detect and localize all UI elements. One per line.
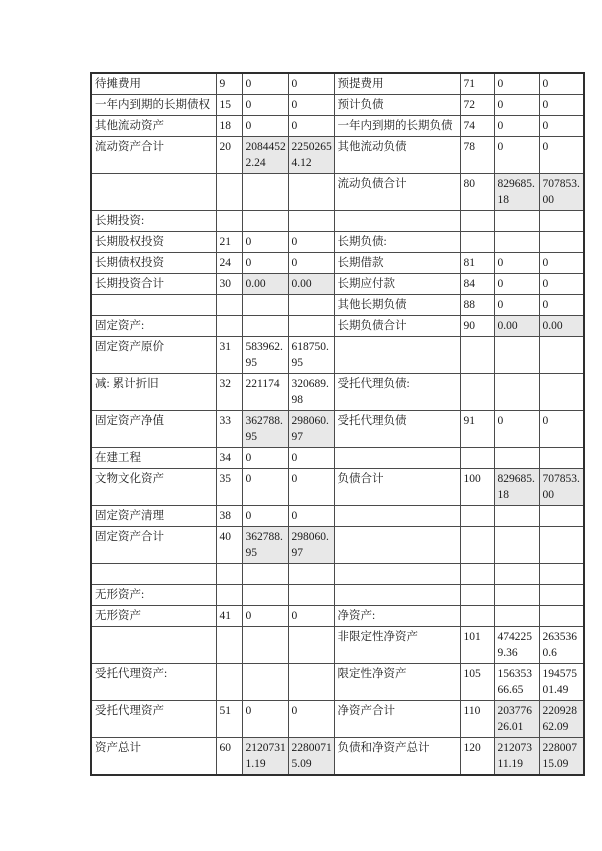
table-row: 减: 累计折旧32221174320689.98受托代理负债: (91, 374, 584, 411)
left-value-begin-cell: 0 (242, 469, 288, 506)
left-line-no-cell: 60 (216, 738, 242, 776)
left-value-end-cell (288, 564, 334, 585)
right-item-cell: 非限定性净资产 (334, 627, 460, 664)
left-value-begin-cell: 0.00 (242, 274, 288, 295)
left-item-cell: 受托代理资产 (91, 701, 216, 738)
right-value-begin-cell (494, 564, 539, 585)
table-row: 流动负债合计80829685.18707853.00 (91, 174, 584, 211)
right-value-end-cell: 0 (539, 253, 584, 274)
left-value-end-cell (288, 664, 334, 701)
right-value-begin-cell (494, 506, 539, 527)
left-value-begin-cell (242, 664, 288, 701)
right-value-end-cell: 0.00 (539, 316, 584, 337)
right-line-no-cell (460, 506, 494, 527)
right-line-no-cell: 71 (460, 73, 494, 95)
table-row (91, 564, 584, 585)
right-value-begin-cell (494, 527, 539, 564)
left-value-end-cell: 0 (288, 73, 334, 95)
left-line-no-cell: 51 (216, 701, 242, 738)
left-line-no-cell: 20 (216, 137, 242, 174)
left-item-cell: 固定资产原价 (91, 337, 216, 374)
right-value-begin-cell: 0 (494, 274, 539, 295)
left-item-cell: 长期股权投资 (91, 232, 216, 253)
right-value-begin-cell (494, 337, 539, 374)
table-row: 受托代理资产5100净资产合计11020377626.0122092862.09 (91, 701, 584, 738)
left-value-begin-cell: 0 (242, 448, 288, 469)
left-value-begin-cell (242, 174, 288, 211)
right-value-begin-cell: 4742259.36 (494, 627, 539, 664)
right-value-begin-cell: 20377626.01 (494, 701, 539, 738)
right-item-cell (334, 527, 460, 564)
left-value-end-cell: 0 (288, 95, 334, 116)
right-item-cell: 净资产合计 (334, 701, 460, 738)
right-item-cell: 负债和净资产总计 (334, 738, 460, 776)
right-line-no-cell: 120 (460, 738, 494, 776)
table-row: 其他流动资产1800一年内到期的长期负债7400 (91, 116, 584, 137)
right-line-no-cell (460, 374, 494, 411)
left-value-begin-cell: 21207311.19 (242, 738, 288, 776)
right-line-no-cell (460, 337, 494, 374)
left-value-end-cell: 0 (288, 448, 334, 469)
right-value-end-cell: 0 (539, 95, 584, 116)
left-item-cell: 固定资产: (91, 316, 216, 337)
right-value-begin-cell: 0 (494, 411, 539, 448)
left-value-end-cell: 0 (288, 253, 334, 274)
left-value-end-cell: 0 (288, 232, 334, 253)
right-item-cell: 限定性净资产 (334, 664, 460, 701)
left-item-cell: 长期投资合计 (91, 274, 216, 295)
right-line-no-cell: 91 (460, 411, 494, 448)
right-item-cell (334, 211, 460, 232)
left-item-cell: 减: 累计折旧 (91, 374, 216, 411)
right-value-end-cell: 19457501.49 (539, 664, 584, 701)
left-value-end-cell: 0 (288, 701, 334, 738)
right-line-no-cell: 105 (460, 664, 494, 701)
left-line-no-cell (216, 174, 242, 211)
left-line-no-cell (216, 585, 242, 606)
left-value-end-cell (288, 316, 334, 337)
right-value-begin-cell (494, 211, 539, 232)
left-item-cell: 长期债权投资 (91, 253, 216, 274)
right-value-end-cell (539, 606, 584, 627)
balance-sheet-table: 待摊费用900预提费用7100一年内到期的长期债权1500预计负债7200其他流… (90, 72, 585, 776)
left-line-no-cell: 38 (216, 506, 242, 527)
left-line-no-cell: 34 (216, 448, 242, 469)
right-item-cell: 预提费用 (334, 73, 460, 95)
left-item-cell: 一年内到期的长期债权 (91, 95, 216, 116)
right-item-cell: 预计负债 (334, 95, 460, 116)
table-row: 长期股权投资2100长期负债: (91, 232, 584, 253)
left-item-cell: 固定资产合计 (91, 527, 216, 564)
right-item-cell (334, 585, 460, 606)
left-item-cell: 流动资产合计 (91, 137, 216, 174)
right-line-no-cell (460, 448, 494, 469)
left-line-no-cell (216, 627, 242, 664)
left-value-end-cell (288, 295, 334, 316)
right-value-end-cell: 0 (539, 137, 584, 174)
right-line-no-cell: 88 (460, 295, 494, 316)
right-item-cell: 一年内到期的长期负债 (334, 116, 460, 137)
left-line-no-cell: 30 (216, 274, 242, 295)
left-item-cell: 其他流动资产 (91, 116, 216, 137)
table-row: 其他长期负债8800 (91, 295, 584, 316)
right-item-cell: 其他流动负债 (334, 137, 460, 174)
left-value-begin-cell: 362788.95 (242, 411, 288, 448)
right-line-no-cell (460, 211, 494, 232)
right-item-cell (334, 564, 460, 585)
left-line-no-cell (216, 564, 242, 585)
left-value-begin-cell: 362788.95 (242, 527, 288, 564)
left-item-cell: 资产总计 (91, 738, 216, 776)
table-row: 固定资产净值33362788.95298060.97受托代理负债9100 (91, 411, 584, 448)
left-value-begin-cell (242, 564, 288, 585)
right-item-cell: 净资产: (334, 606, 460, 627)
left-value-begin-cell (242, 316, 288, 337)
right-line-no-cell (460, 585, 494, 606)
right-value-begin-cell: 0 (494, 116, 539, 137)
table-row: 受托代理资产:限定性净资产10515635366.6519457501.49 (91, 664, 584, 701)
right-item-cell (334, 337, 460, 374)
left-value-begin-cell: 20844522.24 (242, 137, 288, 174)
left-item-cell: 固定资产净值 (91, 411, 216, 448)
left-value-end-cell: 0.00 (288, 274, 334, 295)
right-line-no-cell: 90 (460, 316, 494, 337)
right-value-begin-cell: 0 (494, 253, 539, 274)
right-item-cell: 长期负债合计 (334, 316, 460, 337)
left-line-no-cell: 33 (216, 411, 242, 448)
left-value-begin-cell (242, 295, 288, 316)
right-item-cell: 负债合计 (334, 469, 460, 506)
left-line-no-cell: 32 (216, 374, 242, 411)
right-value-end-cell: 0 (539, 295, 584, 316)
right-value-end-cell: 2635360.6 (539, 627, 584, 664)
left-line-no-cell (216, 295, 242, 316)
left-line-no-cell: 15 (216, 95, 242, 116)
left-value-begin-cell: 0 (242, 73, 288, 95)
table-row: 待摊费用900预提费用7100 (91, 73, 584, 95)
left-item-cell: 固定资产清理 (91, 506, 216, 527)
right-line-no-cell: 100 (460, 469, 494, 506)
right-value-end-cell (539, 506, 584, 527)
right-value-end-cell: 0 (539, 73, 584, 95)
left-value-end-cell: 320689.98 (288, 374, 334, 411)
right-value-end-cell (539, 585, 584, 606)
right-value-begin-cell: 0.00 (494, 316, 539, 337)
left-item-cell (91, 295, 216, 316)
table-row: 流动资产合计2020844522.2422502654.12其他流动负债7800 (91, 137, 584, 174)
left-value-end-cell: 0 (288, 469, 334, 506)
left-value-begin-cell: 0 (242, 95, 288, 116)
right-line-no-cell (460, 564, 494, 585)
table-row: 非限定性净资产1014742259.362635360.6 (91, 627, 584, 664)
left-item-cell: 受托代理资产: (91, 664, 216, 701)
left-value-begin-cell: 221174 (242, 374, 288, 411)
right-item-cell: 流动负债合计 (334, 174, 460, 211)
right-value-begin-cell (494, 606, 539, 627)
right-line-no-cell (460, 527, 494, 564)
left-item-cell: 在建工程 (91, 448, 216, 469)
right-value-begin-cell (494, 585, 539, 606)
left-line-no-cell (216, 316, 242, 337)
right-value-end-cell: 0 (539, 411, 584, 448)
table-row: 无形资产4100净资产: (91, 606, 584, 627)
right-value-end-cell (539, 374, 584, 411)
left-item-cell: 待摊费用 (91, 73, 216, 95)
left-value-end-cell: 618750.95 (288, 337, 334, 374)
right-item-cell (334, 506, 460, 527)
left-line-no-cell: 41 (216, 606, 242, 627)
left-line-no-cell: 9 (216, 73, 242, 95)
table-row: 固定资产原价31583962.95618750.95 (91, 337, 584, 374)
left-value-begin-cell: 0 (242, 701, 288, 738)
right-item-cell: 长期借款 (334, 253, 460, 274)
table-row: 长期投资合计300.000.00长期应付款8400 (91, 274, 584, 295)
left-value-end-cell (288, 585, 334, 606)
right-item-cell: 受托代理负债: (334, 374, 460, 411)
right-value-end-cell: 707853.00 (539, 174, 584, 211)
right-value-end-cell: 707853.00 (539, 469, 584, 506)
right-item-cell: 受托代理负债 (334, 411, 460, 448)
right-value-begin-cell: 829685.18 (494, 469, 539, 506)
left-value-end-cell (288, 627, 334, 664)
left-value-begin-cell: 0 (242, 116, 288, 137)
table-row: 无形资产: (91, 585, 584, 606)
right-line-no-cell (460, 606, 494, 627)
left-item-cell: 文物文化资产 (91, 469, 216, 506)
left-item-cell: 无形资产: (91, 585, 216, 606)
right-line-no-cell: 110 (460, 701, 494, 738)
right-line-no-cell (460, 232, 494, 253)
right-item-cell: 长期应付款 (334, 274, 460, 295)
table-row: 一年内到期的长期债权1500预计负债7200 (91, 95, 584, 116)
left-line-no-cell (216, 211, 242, 232)
right-line-no-cell: 80 (460, 174, 494, 211)
right-line-no-cell: 74 (460, 116, 494, 137)
right-value-begin-cell: 15635366.65 (494, 664, 539, 701)
right-value-begin-cell: 0 (494, 137, 539, 174)
left-line-no-cell (216, 664, 242, 701)
left-value-end-cell: 22502654.12 (288, 137, 334, 174)
left-line-no-cell: 35 (216, 469, 242, 506)
left-value-end-cell: 298060.97 (288, 411, 334, 448)
right-value-begin-cell (494, 374, 539, 411)
left-value-end-cell (288, 211, 334, 232)
right-value-end-cell: 0 (539, 274, 584, 295)
right-value-end-cell: 0 (539, 116, 584, 137)
right-value-begin-cell: 0 (494, 73, 539, 95)
right-line-no-cell: 81 (460, 253, 494, 274)
table-row: 固定资产合计40362788.95298060.97 (91, 527, 584, 564)
balance-sheet: 待摊费用900预提费用7100一年内到期的长期债权1500预计负债7200其他流… (90, 72, 585, 776)
right-value-end-cell (539, 337, 584, 374)
right-line-no-cell: 101 (460, 627, 494, 664)
right-value-begin-cell (494, 232, 539, 253)
table-row: 资产总计6021207311.1922800715.09负债和净资产总计1202… (91, 738, 584, 776)
document-page: 待摊费用900预提费用7100一年内到期的长期债权1500预计负债7200其他流… (0, 0, 602, 851)
left-value-end-cell: 0 (288, 116, 334, 137)
table-row: 长期债权投资2400长期借款8100 (91, 253, 584, 274)
right-item-cell: 其他长期负债 (334, 295, 460, 316)
left-value-end-cell: 298060.97 (288, 527, 334, 564)
right-value-begin-cell (494, 448, 539, 469)
left-line-no-cell: 40 (216, 527, 242, 564)
left-line-no-cell: 21 (216, 232, 242, 253)
right-value-end-cell (539, 448, 584, 469)
right-value-end-cell: 22092862.09 (539, 701, 584, 738)
left-value-end-cell: 22800715.09 (288, 738, 334, 776)
right-line-no-cell: 78 (460, 137, 494, 174)
left-value-end-cell (288, 174, 334, 211)
right-value-end-cell: 22800715.09 (539, 738, 584, 776)
right-value-end-cell (539, 527, 584, 564)
left-value-begin-cell: 0 (242, 253, 288, 274)
left-item-cell (91, 174, 216, 211)
left-value-begin-cell (242, 211, 288, 232)
left-value-begin-cell (242, 627, 288, 664)
right-value-begin-cell: 21207311.19 (494, 738, 539, 776)
right-value-end-cell (539, 211, 584, 232)
left-item-cell: 长期投资: (91, 211, 216, 232)
right-line-no-cell: 72 (460, 95, 494, 116)
left-value-begin-cell: 0 (242, 506, 288, 527)
table-row: 文物文化资产3500负债合计100829685.18707853.00 (91, 469, 584, 506)
left-value-begin-cell (242, 585, 288, 606)
table-row: 在建工程3400 (91, 448, 584, 469)
right-line-no-cell: 84 (460, 274, 494, 295)
right-value-end-cell (539, 232, 584, 253)
left-item-cell (91, 564, 216, 585)
right-item-cell (334, 448, 460, 469)
left-line-no-cell: 24 (216, 253, 242, 274)
left-value-end-cell: 0 (288, 506, 334, 527)
table-row: 固定资产:长期负债合计900.000.00 (91, 316, 584, 337)
left-value-end-cell: 0 (288, 606, 334, 627)
table-row: 固定资产清理3800 (91, 506, 584, 527)
left-value-begin-cell: 583962.95 (242, 337, 288, 374)
right-value-begin-cell: 0 (494, 295, 539, 316)
left-value-begin-cell: 0 (242, 232, 288, 253)
table-row: 长期投资: (91, 211, 584, 232)
right-value-end-cell (539, 564, 584, 585)
right-value-begin-cell: 0 (494, 95, 539, 116)
balance-sheet-body: 待摊费用900预提费用7100一年内到期的长期债权1500预计负债7200其他流… (91, 73, 584, 775)
left-value-begin-cell: 0 (242, 606, 288, 627)
right-value-begin-cell: 829685.18 (494, 174, 539, 211)
left-item-cell (91, 627, 216, 664)
left-item-cell: 无形资产 (91, 606, 216, 627)
left-line-no-cell: 18 (216, 116, 242, 137)
left-line-no-cell: 31 (216, 337, 242, 374)
right-item-cell: 长期负债: (334, 232, 460, 253)
